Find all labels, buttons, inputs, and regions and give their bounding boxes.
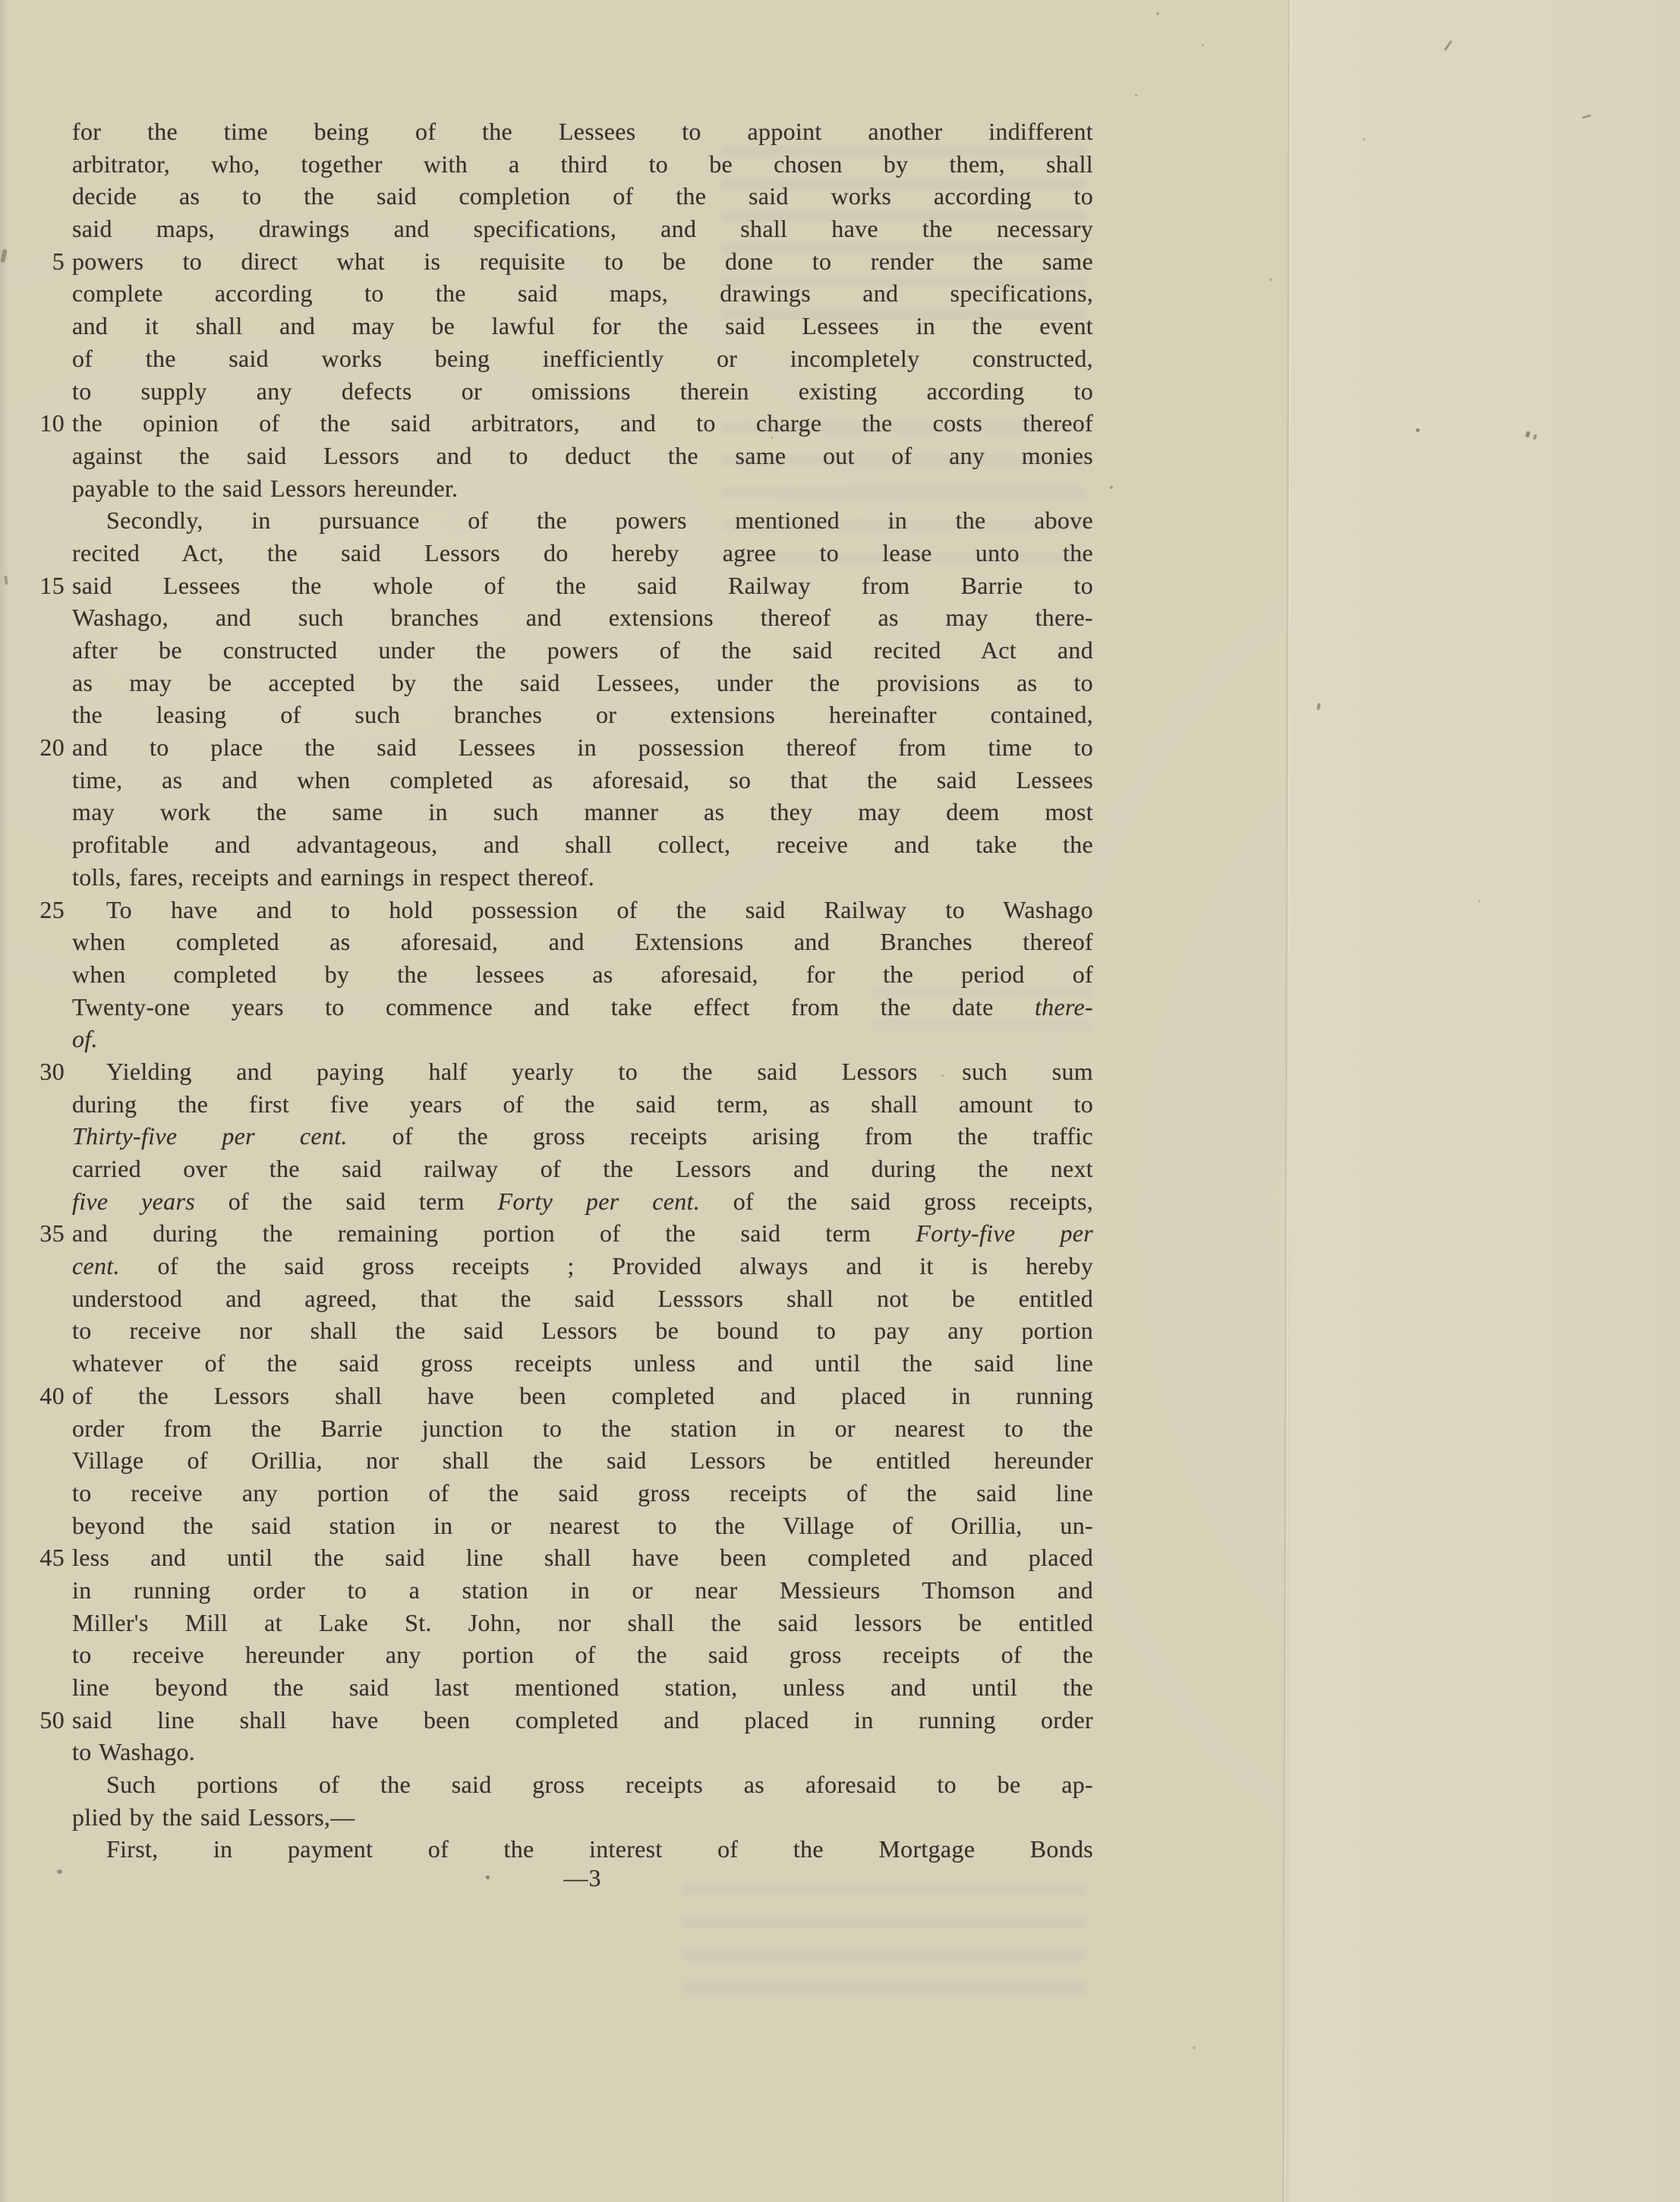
- text-line-content: when completed as aforesaid, and Extensi…: [72, 926, 1093, 958]
- text-line: against the said Lessors and to deduct t…: [72, 440, 1093, 472]
- text-line: for the time being of the Lessees to app…: [72, 115, 1093, 148]
- paper-speck: [1193, 2046, 1196, 2049]
- text-line: 50said line shall have been completed an…: [72, 1704, 1093, 1737]
- text-line-content: cent. of the said gross receipts ; Provi…: [72, 1250, 1093, 1282]
- paper-speck: [1416, 428, 1420, 432]
- text-line-content: Village of Orillia, nor shall the said L…: [72, 1444, 1093, 1477]
- text-line-content: after be constructed under the powers of…: [72, 634, 1093, 667]
- text-line-content: tolls, fares, receipts and earnings in r…: [72, 861, 1093, 894]
- paper-speck: [1363, 138, 1365, 140]
- text-line-content: the opinion of the said arbitrators, and…: [72, 407, 1093, 440]
- paper-speck: [644, 784, 647, 787]
- text-line: 15said Lessees the whole of the said Rai…: [72, 569, 1093, 602]
- text-line: to receive hereunder any portion of the …: [72, 1639, 1093, 1671]
- margin-line-number: 5: [28, 245, 65, 278]
- text-line: when completed by the lessees as aforesa…: [72, 958, 1093, 991]
- text-line-content: beyond the said station in or nearest to…: [72, 1510, 1093, 1542]
- text-line-content: in running order to a station in or near…: [72, 1574, 1093, 1607]
- text-line-content: Such portions of the said gross receipts…: [72, 1768, 1093, 1801]
- margin-line-number: 10: [28, 407, 65, 440]
- text-line: 30Yielding and paying half yearly to the…: [72, 1055, 1093, 1088]
- text-line: Village of Orillia, nor shall the said L…: [72, 1444, 1093, 1477]
- paper-speck: [1269, 278, 1272, 281]
- page-number: —3: [72, 1864, 1093, 1892]
- paper-speck: [1135, 94, 1137, 96]
- text-line: 25To have and to hold possession of the …: [72, 894, 1093, 926]
- text-line-content: to Washago.: [72, 1736, 1093, 1768]
- text-line: whatever of the said gross receipts unle…: [72, 1347, 1093, 1380]
- text-line-content: and during the remaining portion of the …: [72, 1217, 1093, 1250]
- text-line: Secondly, in pursuance of the powers men…: [72, 504, 1093, 537]
- text-line-content: Secondly, in pursuance of the powers men…: [72, 504, 1093, 537]
- text-line-content: Twenty-one years to commence and take ef…: [72, 991, 1093, 1024]
- text-line: 5powers to direct what is requisite to b…: [72, 245, 1093, 278]
- paper-speck: [941, 1074, 944, 1077]
- text-line-content: when completed by the lessees as aforesa…: [72, 958, 1093, 991]
- text-line: after be constructed under the powers of…: [72, 634, 1093, 667]
- margin-line-number: 30: [28, 1055, 65, 1088]
- text-line-content: against the said Lessors and to deduct t…: [72, 440, 1093, 472]
- text-line-content: and it shall and may be lawful for the s…: [72, 310, 1093, 342]
- margin-line-number: 25: [28, 894, 65, 926]
- text-line-content: said maps, drawings and specifications, …: [72, 213, 1093, 245]
- text-line-content: plied by the said Lessors,—: [72, 1801, 1093, 1834]
- text-line: 45less and until the said line shall hav…: [72, 1541, 1093, 1574]
- text-line-content: understood and agreed, that the said Les…: [72, 1282, 1093, 1315]
- text-line-content: may work the same in such manner as they…: [72, 796, 1093, 828]
- text-line-content: To have and to hold possession of the sa…: [72, 894, 1093, 926]
- text-line: line beyond the said last mentioned stat…: [72, 1671, 1093, 1704]
- text-line: of.: [72, 1023, 1093, 1055]
- text-line: when completed as aforesaid, and Extensi…: [72, 926, 1093, 958]
- page-left-edge-shadow: [0, 0, 9, 2202]
- text-line-content: of.: [72, 1023, 1093, 1055]
- text-line-content: recited Act, the said Lessors do hereby …: [72, 537, 1093, 569]
- text-line: 35and during the remaining portion of th…: [72, 1217, 1093, 1250]
- text-line-content: arbitrator, who, together with a third t…: [72, 148, 1093, 181]
- text-line: understood and agreed, that the said Les…: [72, 1282, 1093, 1315]
- text-line-content: complete according to the said maps, dra…: [72, 277, 1093, 310]
- text-line: to supply any defects or omissions there…: [72, 375, 1093, 408]
- text-line: Twenty-one years to commence and take ef…: [72, 991, 1093, 1024]
- text-line-content: to receive nor shall the said Lessors be…: [72, 1314, 1093, 1347]
- text-line-content: of the Lessors shall have been completed…: [72, 1380, 1093, 1412]
- margin-line-number: 15: [28, 569, 65, 602]
- text-line-content: line beyond the said last mentioned stat…: [72, 1671, 1093, 1704]
- reverse-side-text-showthrough: [683, 1885, 1086, 1999]
- text-line: complete according to the said maps, dra…: [72, 277, 1093, 310]
- text-line: of the said works being inefficiently or…: [72, 342, 1093, 375]
- text-line-content: five years of the said term Forty per ce…: [72, 1185, 1093, 1218]
- text-line-content: as may be accepted by the said Lessees, …: [72, 667, 1093, 699]
- margin-line-number: 45: [28, 1541, 65, 1574]
- text-line-content: time, as and when completed as aforesaid…: [72, 764, 1093, 797]
- text-line-content: to receive hereunder any portion of the …: [72, 1639, 1093, 1671]
- text-line: plied by the said Lessors,—: [72, 1801, 1093, 1834]
- text-line: Thirty-five per cent. of the gross recei…: [72, 1120, 1093, 1153]
- text-line: order from the Barrie junction to the st…: [72, 1412, 1093, 1445]
- text-line: recited Act, the said Lessors do hereby …: [72, 537, 1093, 569]
- scanned-document-page: for the time being of the Lessees to app…: [0, 0, 1680, 2202]
- text-line: carried over the said railway of the Les…: [72, 1153, 1093, 1185]
- text-line-content: Washago, and such branches and extension…: [72, 601, 1093, 634]
- text-line-content: during the first five years of the said …: [72, 1088, 1093, 1121]
- paper-speck: [1478, 900, 1480, 902]
- margin-line-number: 40: [28, 1380, 65, 1412]
- text-line: the leasing of such branches or extensio…: [72, 699, 1093, 731]
- text-line: as may be accepted by the said Lessees, …: [72, 667, 1093, 699]
- text-line-content: order from the Barrie junction to the st…: [72, 1412, 1093, 1445]
- text-line-content: whatever of the said gross receipts unle…: [72, 1347, 1093, 1380]
- text-line: arbitrator, who, together with a third t…: [72, 148, 1093, 181]
- paper-fold-right-panel: [1289, 0, 1680, 2202]
- paper-speck: [486, 1875, 490, 1879]
- margin-line-number: 50: [28, 1704, 65, 1737]
- text-line: to receive any portion of the said gross…: [72, 1477, 1093, 1510]
- text-line: five years of the said term Forty per ce…: [72, 1185, 1093, 1218]
- paper-speck: [1110, 486, 1113, 489]
- text-line: tolls, fares, receipts and earnings in r…: [72, 861, 1093, 894]
- paper-speck: [57, 1869, 62, 1874]
- text-line-content: the leasing of such branches or extensio…: [72, 699, 1093, 731]
- text-line: payable to the said Lessors hereunder.: [72, 472, 1093, 505]
- text-line: Miller's Mill at Lake St. John, nor shal…: [72, 1607, 1093, 1639]
- text-line: 20and to place the said Lessees in posse…: [72, 731, 1093, 764]
- text-line: beyond the said station in or nearest to…: [72, 1510, 1093, 1542]
- text-line: in running order to a station in or near…: [72, 1574, 1093, 1607]
- text-line-content: powers to direct what is requisite to be…: [72, 245, 1093, 278]
- text-line-content: to supply any defects or omissions there…: [72, 375, 1093, 408]
- text-line-content: First, in payment of the interest of the…: [72, 1833, 1093, 1866]
- text-line-content: for the time being of the Lessees to app…: [72, 115, 1093, 148]
- text-line: said maps, drawings and specifications, …: [72, 213, 1093, 245]
- text-line-content: of the said works being inefficiently or…: [72, 342, 1093, 375]
- text-line: cent. of the said gross receipts ; Provi…: [72, 1250, 1093, 1282]
- text-line: Such portions of the said gross receipts…: [72, 1768, 1093, 1801]
- text-line: during the first five years of the said …: [72, 1088, 1093, 1121]
- text-line: may work the same in such manner as they…: [72, 796, 1093, 828]
- text-line-content: said line shall have been completed and …: [72, 1704, 1093, 1737]
- text-line: profitable and advantageous, and shall c…: [72, 828, 1093, 861]
- paper-speck: [771, 437, 773, 439]
- document-text-block: for the time being of the Lessees to app…: [72, 115, 1093, 1866]
- text-line-content: payable to the said Lessors hereunder.: [72, 472, 1093, 505]
- text-line: 40of the Lessors shall have been complet…: [72, 1380, 1093, 1412]
- text-line: time, as and when completed as aforesaid…: [72, 764, 1093, 797]
- text-line-content: less and until the said line shall have …: [72, 1541, 1093, 1574]
- text-line-content: profitable and advantageous, and shall c…: [72, 828, 1093, 861]
- text-line: 10the opinion of the said arbitrators, a…: [72, 407, 1093, 440]
- text-line-content: carried over the said railway of the Les…: [72, 1153, 1093, 1185]
- text-line-content: Thirty-five per cent. of the gross recei…: [72, 1120, 1093, 1153]
- text-line-content: Miller's Mill at Lake St. John, nor shal…: [72, 1607, 1093, 1639]
- text-line: First, in payment of the interest of the…: [72, 1833, 1093, 1866]
- text-line: to receive nor shall the said Lessors be…: [72, 1314, 1093, 1347]
- paper-speck: [1202, 44, 1204, 46]
- text-line-content: decide as to the said completion of the …: [72, 180, 1093, 213]
- text-line: decide as to the said completion of the …: [72, 180, 1093, 213]
- text-line-content: to receive any portion of the said gross…: [72, 1477, 1093, 1510]
- text-line-content: and to place the said Lessees in possess…: [72, 731, 1093, 764]
- text-line-content: Yielding and paying half yearly to the s…: [72, 1055, 1093, 1088]
- text-line: and it shall and may be lawful for the s…: [72, 310, 1093, 342]
- text-line: Washago, and such branches and extension…: [72, 601, 1093, 634]
- paper-speck: [1156, 12, 1159, 15]
- margin-line-number: 35: [28, 1217, 65, 1250]
- text-line-content: said Lessees the whole of the said Railw…: [72, 569, 1093, 602]
- text-line: to Washago.: [72, 1736, 1093, 1768]
- margin-line-number: 20: [28, 731, 65, 764]
